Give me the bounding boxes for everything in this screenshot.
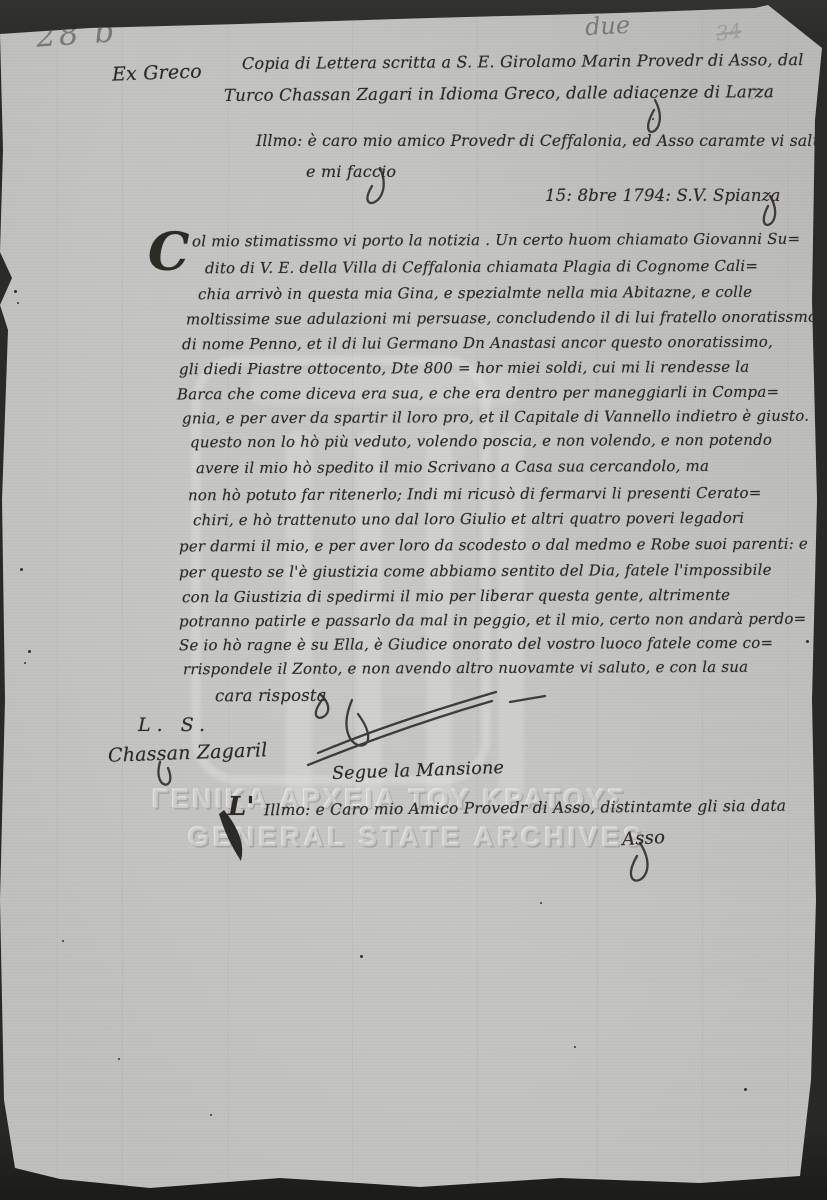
paper-speck <box>118 1058 120 1060</box>
manuscript-line: Se io hò ragne è su Ella, è Giudice onor… <box>179 634 773 655</box>
fold-crease <box>57 0 59 1200</box>
paper-speck <box>62 940 64 942</box>
fold-crease <box>122 0 124 1200</box>
signature: Chassan Zagaril <box>108 739 268 767</box>
mansione-place: Asso <box>621 827 665 850</box>
margin-note-ex-greco: Ex Greco <box>112 60 203 85</box>
folio-number: 28 b <box>35 13 118 55</box>
locus-sigilli: L. S. <box>138 714 211 736</box>
archive-scan: ΓΕΝΙΚΑ ΑΡΧΕΙΑ ΤΟΥ ΚΡΑΤΟΥΣ GENERAL STATE … <box>0 0 827 1200</box>
paper-speck <box>14 290 17 293</box>
dateline: 15: 8bre 1794: S.V. Spianza <box>545 186 781 205</box>
header-line-1: Copia di Lettera scritta a S. E. Girolam… <box>242 50 804 73</box>
salutation-line-1: Illmo: è caro mio amico Provedr di Ceffa… <box>256 132 827 150</box>
manuscript-line: non hò potuto far ritenerlo; Indi mi ric… <box>188 484 762 505</box>
paper-speck <box>210 1114 212 1116</box>
paper-speck <box>652 118 654 120</box>
manuscript-line: gli diedi Piastre ottocento, Dte 800 = h… <box>179 358 749 378</box>
header-line-2: Turco Chassan Zagari in Idioma Greco, da… <box>224 82 774 105</box>
paper-speck <box>540 902 542 904</box>
fold-crease <box>788 0 790 1200</box>
manuscript-line: chia arrivò in questa mia Gina, e spezia… <box>198 283 752 303</box>
manuscript-line: chiri, e hò trattenuto uno dal loro Giul… <box>193 509 744 529</box>
manuscript-line: cara risposta <box>215 686 327 705</box>
paper-speck <box>360 955 363 958</box>
salutation-line-2: e mi faccio <box>306 162 396 181</box>
manuscript-line: per darmi il mio, e per aver loro da sco… <box>179 535 808 556</box>
manuscript-line: rrispondele il Zonto, e non avendo altro… <box>183 658 748 678</box>
manuscript-line: dito di V. E. della Villa di Ceffalonia … <box>205 257 758 277</box>
manuscript-line: ol mio stimatissmo vi porto la notizia .… <box>192 230 800 251</box>
pencil-scratch: 34 <box>714 18 743 45</box>
drop-cap: C <box>148 222 190 283</box>
pencil-note-due: due <box>584 11 630 41</box>
manuscript-page: ΓΕΝΙΚΑ ΑΡΧΕΙΑ ΤΟΥ ΚΡΑΤΟΥΣ GENERAL STATE … <box>0 0 827 1200</box>
manuscript-line: di nome Penno, et il di lui Germano Dn A… <box>182 333 773 354</box>
manuscript-line: per questo se l'è giustizia come abbiamo… <box>179 561 772 582</box>
paper-speck <box>744 1088 747 1091</box>
manuscript-line: gnia, e per aver da spartir il loro pro,… <box>182 407 809 428</box>
manuscript-line: con la Giustizia di spedirmi il mio per … <box>182 586 730 606</box>
paper-speck <box>574 1046 576 1048</box>
manuscript-line: avere il mio hò spedito il mio Scrivano … <box>196 457 709 477</box>
paper-speck <box>806 640 809 643</box>
paper-speck <box>28 650 31 653</box>
mansione-line: Illmo: e Caro mio Amico Provedr di Asso,… <box>264 797 786 820</box>
paper-speck <box>20 568 23 571</box>
watermark-english-text: GENERAL STATE ARCHIVES <box>188 822 646 853</box>
paper-speck <box>17 302 19 304</box>
manuscript-line: Barca che come diceva era sua, e che era… <box>177 383 779 404</box>
paper-speck <box>24 662 26 664</box>
manuscript-line: potranno patirle e passarlo da mal in pe… <box>179 610 806 631</box>
manuscript-line: moltissime sue adulazioni mi persuase, c… <box>186 308 817 329</box>
manuscript-line: questo non lo hò più veduto, volendo pos… <box>190 431 772 452</box>
mansione-initial: L' <box>228 792 255 822</box>
